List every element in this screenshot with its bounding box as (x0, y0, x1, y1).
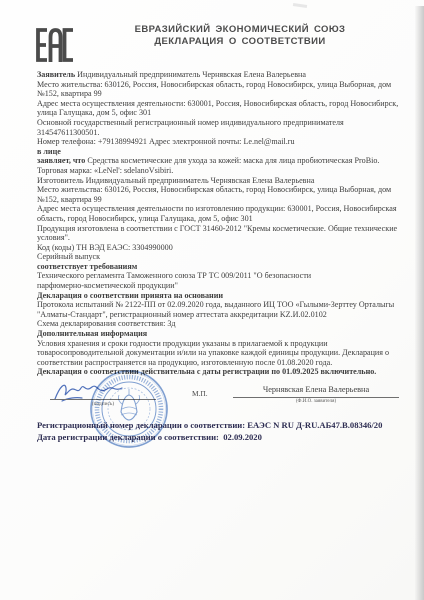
fio-caption: (Ф.И.О. заявителя) (233, 399, 399, 404)
scan-artifact (293, 3, 307, 8)
applicant-fio: Чернявская Елена Валерьевна (233, 385, 399, 394)
issue-type: Серийный выпуск (37, 252, 419, 262)
additional-info-text: Условия хранения и сроки годности продук… (37, 339, 419, 368)
reg-date-value: 02.09.2020 (223, 432, 262, 442)
reg-date-label: Дата регистрации декларации о соответств… (37, 432, 219, 442)
applicant-residence: Место жительства: 630126, Россия, Новоси… (37, 80, 419, 99)
document-page: ЕВРАЗИЙСКИЙ ЭКОНОМИЧЕСКИЙ СОЮЗ ДЕКЛАРАЦИ… (0, 0, 424, 600)
document-header: ЕВРАЗИЙСКИЙ ЭКОНОМИЧЕСКИЙ СОЮЗ ДЕКЛАРАЦИ… (110, 24, 370, 48)
in-person-label: в лице (37, 147, 419, 157)
basis-label: Декларация о соответствии принята на осн… (37, 291, 419, 301)
complies-label: соответствует требованиям (37, 262, 419, 272)
applicant-label: Заявитель (37, 70, 75, 79)
applicant-activity-address: Адрес места осуществления деятельности: … (37, 99, 419, 118)
gost-paragraph: Продукция изготовлена в соответствии с Г… (37, 224, 419, 243)
protocol-paragraph: Протокола испытаний № 2122-ПП от 02.09.2… (37, 300, 419, 319)
applicant-paragraph: Заявитель Индивидуальный предприниматель… (37, 70, 419, 80)
reg-number-value: ЕАЭС N RU Д-RU.АБ47.В.08346/20 (247, 420, 382, 430)
registration-block: Регистрационный номер декларации о соотв… (37, 420, 417, 443)
declaration-body: Заявитель Индивидуальный предприниматель… (37, 70, 419, 377)
declares-label: заявляет, что (37, 156, 85, 165)
declares-paragraph: заявляет, что Средства косметические для… (37, 156, 419, 175)
mp-label: М.П. (192, 389, 208, 398)
ogrn-paragraph: Основной государственный регистрационный… (37, 118, 419, 137)
reg-date-line: Дата регистрации декларации о соответств… (37, 432, 417, 444)
manufacturer-residence: Место жительства: 630126, Россия, Новоси… (37, 185, 419, 204)
declaration-title: ДЕКЛАРАЦИЯ О СООТВЕТСТВИИ (110, 36, 370, 48)
manufacturing-address: Адрес места осуществления деятельности п… (37, 204, 419, 223)
scheme-paragraph: Схема декларирования соответствия: 3д (37, 319, 419, 329)
fio-line (233, 397, 399, 398)
reg-number-line: Регистрационный номер декларации о соотв… (37, 420, 417, 432)
declares-text: Средства косметические для ухода за коже… (37, 156, 379, 175)
union-title: ЕВРАЗИЙСКИЙ ЭКОНОМИЧЕСКИЙ СОЮЗ (110, 24, 370, 36)
additional-info-label: Дополнительная информация (37, 329, 419, 339)
tnved-code: Код (коды) ТН ВЭД ЕАЭС: 3304990000 (37, 243, 419, 253)
manufacturer-paragraph: Изготовитель Индивидуальный предпринимат… (37, 176, 419, 186)
regulation-paragraph: Технического регламента Таможенного союз… (37, 271, 419, 290)
reg-number-label: Регистрационный номер декларации о соотв… (37, 420, 245, 430)
phone-email-paragraph: Номер телефона: +79138994921 Адрес элект… (37, 137, 419, 147)
eac-logo-icon (36, 28, 74, 62)
applicant-text: Индивидуальный предприниматель Чернявска… (75, 70, 306, 79)
